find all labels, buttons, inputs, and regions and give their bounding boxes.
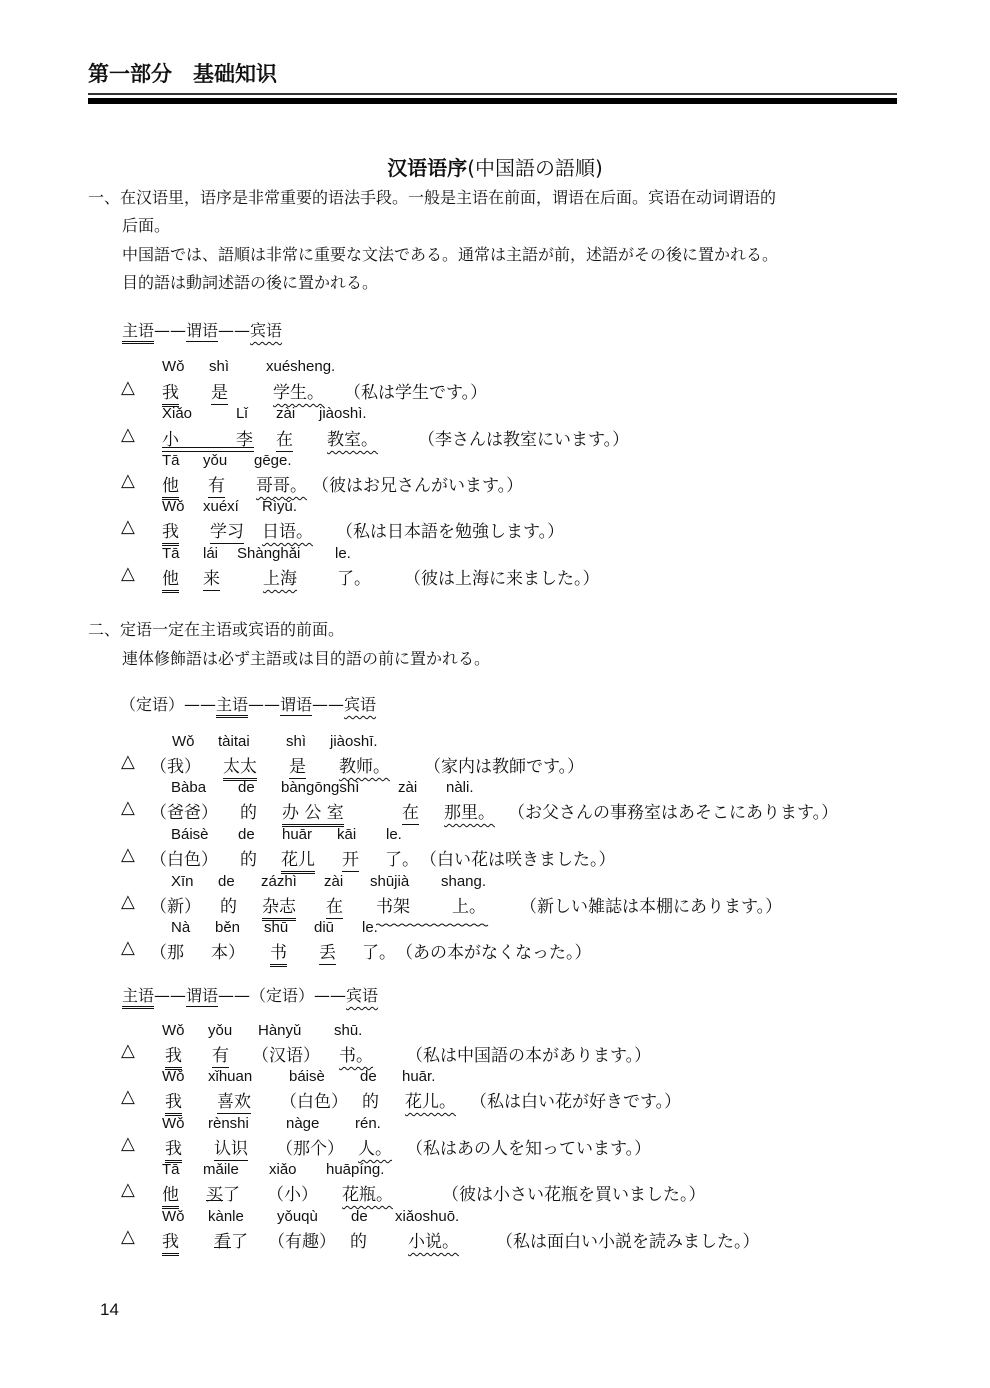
header-rule-thin	[88, 93, 897, 95]
page-title-main: 汉语语序	[387, 156, 467, 180]
pinyin: rènshi	[208, 1115, 249, 1132]
triangle-icon: △	[121, 891, 135, 912]
word-predicate: 喜欢	[217, 1087, 251, 1114]
triangle-icon: △	[121, 751, 135, 772]
pinyin: Wǒ	[172, 733, 195, 750]
word-subject: 他	[162, 1180, 179, 1209]
word-object: 学生。	[273, 378, 324, 403]
pinyin: lái	[203, 545, 218, 562]
page-title: 汉语语序(中国語の語順)	[0, 152, 990, 181]
single-underline	[206, 1200, 223, 1201]
pattern-attributive: （定语）	[250, 986, 314, 1005]
word-predicate: 学习	[210, 517, 244, 544]
section1-ja-line1: 中国語では、語順は非常に重要な文法である。通常は主語が前，述語がその後に置かれる…	[122, 241, 778, 269]
word-object: 哥哥。	[256, 471, 307, 496]
pattern-dash: ——	[154, 986, 186, 1005]
word-predicate: 有	[208, 471, 225, 498]
pinyin: huāpíng.	[326, 1161, 384, 1178]
word-attributive: 本）	[211, 938, 245, 963]
word-attributive: （爸爸）	[150, 798, 218, 823]
pattern-attr-svo: （定语）——主语——谓语——宾语	[120, 692, 376, 715]
pattern-subject: 主语	[216, 695, 248, 718]
pinyin: xǐhuan	[208, 1068, 252, 1085]
pattern-predicate: 谓语	[280, 695, 312, 716]
word-attributive: （新）	[150, 892, 201, 917]
pattern-subject: 主语	[122, 321, 154, 344]
word-predicate: 买了	[206, 1180, 240, 1205]
word-attributive: （那个）	[276, 1134, 344, 1159]
word-predicate: 丢	[319, 938, 336, 965]
pinyin: le.	[335, 545, 351, 562]
word-object: 上海	[263, 564, 297, 589]
section1-zh-line2: 后面。	[122, 212, 170, 240]
word-particle: 的	[350, 1227, 367, 1252]
pinyin: nàli.	[446, 779, 474, 796]
pinyin: jiàoshì.	[319, 405, 367, 422]
translation: （李さんは教室にいます。）	[418, 425, 629, 450]
triangle-icon: △	[121, 797, 135, 818]
word-predicate: 来	[203, 564, 220, 591]
pinyin: Wǒ	[162, 1208, 185, 1225]
pinyin: shang.	[441, 873, 486, 890]
pinyin: Rìyǔ.	[262, 498, 297, 515]
word-predicate: 在	[276, 425, 293, 452]
pinyin: Shànghǎi	[237, 545, 300, 562]
pinyin: shūjià	[370, 873, 409, 890]
word-object: 教师。	[339, 752, 390, 777]
translation: （お父さんの事務室はあそこにあります。）	[508, 798, 838, 823]
section1-zh-line1: 一、在汉语里，语序是非常重要的语法手段。一般是主语在前面，谓语在后面。宾语在动词…	[88, 184, 776, 212]
triangle-icon: △	[121, 937, 135, 958]
word-predicate: 看了	[214, 1227, 248, 1252]
translation: （彼は上海に来ました。）	[404, 564, 600, 589]
translation: （家内は教師です。）	[424, 752, 584, 777]
page-number: 14	[100, 1300, 119, 1320]
word-object: 那里。	[444, 798, 495, 823]
word-object: 日语。	[262, 517, 313, 542]
word-subject: 花儿	[281, 845, 315, 874]
word-subject: 他	[162, 564, 179, 593]
triangle-icon: △	[121, 470, 135, 491]
word-object: 书。	[339, 1041, 373, 1066]
pinyin: Tā	[162, 452, 180, 469]
pattern-object: 宾语	[250, 321, 282, 340]
pinyin: shì	[286, 733, 306, 750]
word-subject: 他	[162, 471, 179, 500]
word-attributive: （汉语）	[252, 1041, 320, 1066]
word-predicate: 开	[342, 845, 359, 872]
translation: （私はあの人を知っています。）	[406, 1134, 651, 1159]
pinyin: yǒu	[203, 452, 227, 469]
triangle-icon: △	[121, 1226, 135, 1247]
pinyin: Xīn	[171, 873, 194, 890]
word-particle: 了。	[337, 564, 371, 589]
pinyin: běn	[215, 919, 240, 936]
translation: （私は学生です。）	[344, 378, 487, 403]
triangle-icon: △	[121, 844, 135, 865]
translation: （あの本がなくなった。）	[396, 938, 592, 963]
pinyin: Lǐ	[236, 405, 248, 422]
pinyin: Wǒ	[162, 1068, 185, 1085]
word-particle: 的	[240, 845, 257, 870]
word-predicate: 是	[211, 378, 228, 405]
word-subject: 杂志	[262, 892, 296, 921]
word-subject: 书	[270, 938, 287, 967]
triangle-icon: △	[121, 516, 135, 537]
pinyin: tàitai	[218, 733, 250, 750]
pattern-dash: ——	[248, 695, 280, 714]
pinyin: Wǒ	[162, 1022, 185, 1039]
pinyin: le.	[386, 826, 402, 843]
word-object: 花儿。	[405, 1087, 456, 1112]
word-subject: 李	[236, 425, 253, 450]
page-title-sub: (中国語の語順)	[467, 156, 603, 180]
word-subject: 我	[162, 378, 179, 407]
translation: （私は白い花が好きです。）	[470, 1087, 681, 1112]
word-object: 人。	[358, 1134, 392, 1159]
pattern-dash: ——	[314, 986, 346, 1005]
pinyin: shì	[209, 358, 229, 375]
word-predicate: 在	[402, 798, 419, 825]
word-particle: 的	[240, 798, 257, 823]
pinyin: Wǒ	[162, 498, 185, 515]
pinyin: Tā	[162, 545, 180, 562]
triangle-icon: △	[121, 1040, 135, 1061]
section1-ja-line2: 目的語は動詞述語の後に置かれる。	[122, 269, 378, 297]
triangle-icon: △	[121, 424, 135, 445]
translation: （彼は小さい花瓶を買いました。）	[442, 1180, 706, 1205]
triangle-icon: △	[121, 1086, 135, 1107]
pinyin: yǒuqù	[277, 1208, 318, 1225]
pinyin: zázhì	[261, 873, 297, 890]
translation: （私は中国語の本があります。）	[406, 1041, 651, 1066]
word-particle: 了。	[362, 938, 396, 963]
translation: （新しい雑誌は本棚にあります。）	[520, 892, 782, 917]
pinyin: Báisè	[171, 826, 209, 843]
pattern-svo: 主语——谓语——宾语	[122, 318, 282, 341]
pinyin: shū.	[334, 1022, 362, 1039]
word-object: 教室。	[327, 425, 378, 450]
pinyin: xiǎo	[269, 1161, 297, 1178]
pinyin: xiǎoshuō.	[395, 1208, 459, 1225]
pattern-predicate: 谓语	[186, 321, 218, 342]
triangle-icon: △	[121, 1133, 135, 1154]
section2-ja-line1: 連体修飾語は必ず主語或は目的語の前に置かれる。	[122, 645, 490, 673]
word-predicate: 有	[212, 1041, 229, 1068]
pinyin: jiàoshī.	[330, 733, 378, 750]
word-object: 花瓶。	[342, 1180, 393, 1205]
pattern-subject: 主语	[122, 986, 154, 1009]
word-particle: 的	[362, 1087, 379, 1112]
word-subject: 我	[165, 1087, 182, 1116]
header-rule-thick	[88, 98, 897, 104]
pinyin: bàngōngshì	[281, 779, 359, 796]
pattern-dash: ——	[154, 321, 186, 340]
pinyin: shū	[264, 919, 288, 936]
pinyin: Nà	[171, 919, 190, 936]
word-subject: 我	[162, 1227, 179, 1256]
pinyin: huār	[282, 826, 312, 843]
pinyin: mǎile	[203, 1161, 239, 1178]
pinyin: Bàba	[171, 779, 206, 796]
pinyin: huār.	[402, 1068, 435, 1085]
word-object: 小说。	[408, 1227, 459, 1252]
pinyin: báisè	[289, 1068, 325, 1085]
pinyin: le.	[362, 919, 378, 936]
pinyin: gēge.	[254, 452, 292, 469]
pinyin: de	[218, 873, 235, 890]
pinyin: de	[238, 779, 255, 796]
word-subject: 我	[165, 1134, 182, 1163]
word-particle: 了。	[385, 845, 419, 870]
translation: （私は面白い小説を読みました。）	[496, 1227, 760, 1252]
pinyin: Xiǎo	[162, 405, 192, 422]
translation: （彼はお兄さんがいます。）	[312, 471, 523, 496]
pattern-attributive: （定语）	[120, 695, 184, 714]
word-predicate: 认识	[214, 1134, 248, 1161]
triangle-icon: △	[121, 1179, 135, 1200]
pinyin: nàge	[286, 1115, 319, 1132]
pinyin: zài	[276, 405, 295, 422]
word-attributive: （我）	[150, 752, 201, 777]
pattern-object: 宾语	[346, 986, 378, 1005]
triangle-icon: △	[121, 377, 135, 398]
pattern-dash: ——	[184, 695, 216, 714]
word-subject: 我	[165, 1041, 182, 1070]
word-attributive: （小）	[267, 1180, 318, 1205]
pattern-sv-attr-o: 主语——谓语——（定语）——宾语	[122, 983, 378, 1006]
word-attributive: （白色）	[280, 1087, 348, 1112]
word-attributive: （白色）	[150, 845, 218, 870]
wavy-underline	[376, 912, 491, 916]
pattern-dash: ——	[218, 321, 250, 340]
chapter-header: 第一部分 基础知识	[88, 58, 277, 88]
pinyin: Wǒ	[162, 1115, 185, 1132]
pinyin: diū	[314, 919, 334, 936]
pinyin: zài	[398, 779, 417, 796]
pinyin: kāi	[337, 826, 356, 843]
translation: （白い花は咲きました。）	[420, 845, 616, 870]
pinyin: de	[360, 1068, 377, 1085]
pinyin: xuéxí	[203, 498, 239, 515]
pinyin: xuésheng.	[266, 358, 335, 375]
pattern-dash: ——	[218, 986, 250, 1005]
pinyin: Tā	[162, 1161, 180, 1178]
pinyin: de	[238, 826, 255, 843]
word-subject: 太太	[223, 752, 257, 781]
translation: （私は日本語を勉強します。）	[336, 517, 564, 542]
word-attributive: （那	[150, 938, 184, 963]
pinyin: rén.	[355, 1115, 381, 1132]
triangle-icon: △	[121, 563, 135, 584]
word-predicate: 是	[289, 752, 306, 779]
pinyin: Wǒ	[162, 358, 185, 375]
pattern-predicate: 谓语	[186, 986, 218, 1007]
section2-zh-line1: 二、定语一定在主语或宾语的前面。	[88, 616, 344, 644]
pattern-object: 宾语	[344, 695, 376, 714]
single-underline	[214, 1247, 231, 1248]
pinyin: kànle	[208, 1208, 244, 1225]
word-particle: 的	[220, 892, 237, 917]
word-subject: 办 公 室	[282, 798, 344, 827]
pinyin: de	[351, 1208, 368, 1225]
word-subject: 我	[162, 517, 179, 546]
word-attributive: （有趣）	[268, 1227, 336, 1252]
pattern-dash: ——	[312, 695, 344, 714]
pinyin: Hànyǔ	[258, 1022, 301, 1039]
word-predicate: 在	[326, 892, 343, 919]
pinyin: yǒu	[208, 1022, 232, 1039]
pinyin: zài	[324, 873, 343, 890]
